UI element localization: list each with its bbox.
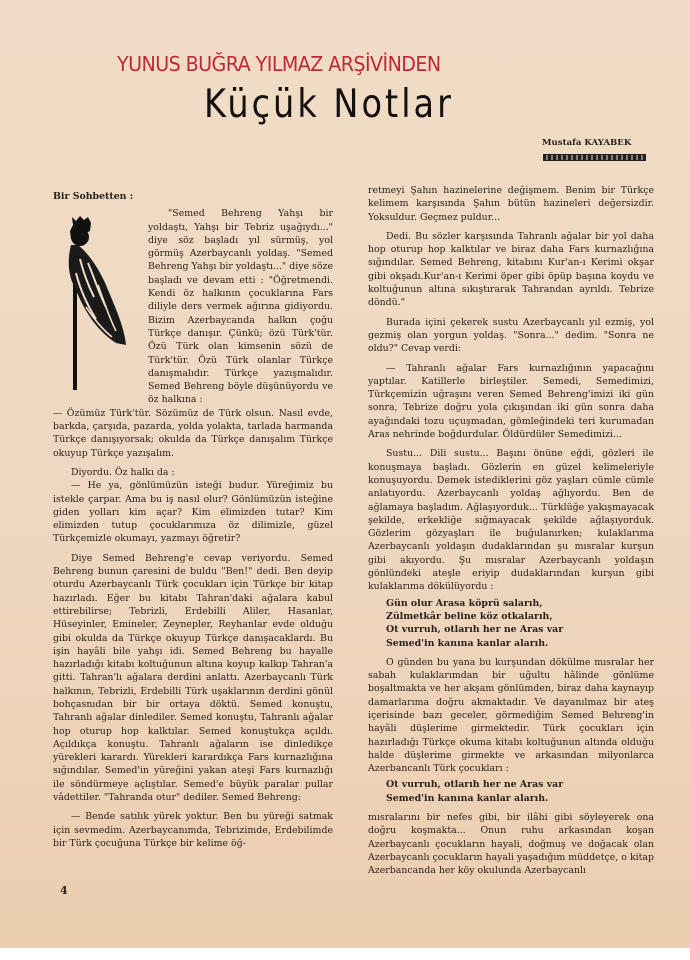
page-number: 4	[60, 884, 68, 897]
paragraph: mısralarını bir nefes gibi, bir ilâhi gi…	[368, 811, 654, 877]
paragraph: — Bende satılık yürek yoktur. Ben bu yür…	[53, 810, 333, 850]
verse-line: Gün olur Arasa köprü salarıh,	[386, 597, 654, 610]
paragraph: Diye Semed Behreng'e cevap veriyordu. Se…	[53, 552, 333, 805]
article-title: Küçük Notlar	[204, 82, 454, 127]
paragraph: — Tahranlı ağalar Fars kurnazlığının yap…	[368, 362, 654, 442]
right-column: retmeyi Şahın hazinelerine değişmem. Ben…	[368, 184, 654, 878]
decorative-rule	[543, 154, 646, 161]
paragraph: O günden bu yana bu kurşundan dökülme mı…	[368, 656, 654, 776]
verse-line: Semed'in kanına kanlar alarıh.	[386, 637, 654, 650]
archive-label: YUNUS BUĞRA YILMAZ ARŞİVİNDEN	[117, 52, 441, 76]
magazine-page: YUNUS BUĞRA YILMAZ ARŞİVİNDEN Küçük Notl…	[0, 0, 690, 948]
verse-block: Gün olur Arasa köprü salarıh, Zülmetkâr …	[386, 597, 654, 650]
paragraph: — He ya, gönlümüzün isteği budur. Yüreği…	[53, 479, 333, 545]
paragraph: Sustu... Dili sustu... Başını önüne eğdi…	[368, 447, 654, 593]
paragraph: "Semed Behreng Yahşı bir yoldaştı, Yahşı…	[148, 207, 333, 406]
verse-block: Ot vurruh, otlarıh her ne Aras var Semed…	[386, 778, 654, 805]
verse-line: Ot vurruh, otlarıh her ne Aras var	[386, 623, 654, 636]
verse-line: Ot vurruh, otlarıh her ne Aras var	[386, 778, 654, 791]
verse-line: Semed'in kanına kanlar alarıh.	[386, 792, 654, 805]
wrapped-paragraph-area: "Semed Behreng Yahşı bir yoldaştı, Yahşı…	[53, 207, 333, 406]
left-column: Bir Sohbetten : "Semed Behreng Yahşı bir…	[53, 190, 333, 850]
paragraph: Dedi. Bu sözler karşısında Tahranlı ağal…	[368, 230, 654, 310]
paragraph: — Özümüz Türk'tür. Sözümüz de Türk olsun…	[53, 407, 333, 460]
author-name: Mustafa KAYABEK	[542, 138, 631, 148]
section-title: Bir Sohbetten :	[53, 190, 333, 203]
paragraph: retmeyi Şahın hazinelerine değişmem. Ben…	[368, 184, 654, 224]
paragraph: Diyordu. Öz halkı da :	[53, 466, 333, 479]
verse-line: Zülmetkâr beline köz otkalarıh,	[386, 610, 654, 623]
paragraph: Burada içini çekerek sustu Azerbaycanlı …	[368, 316, 654, 356]
